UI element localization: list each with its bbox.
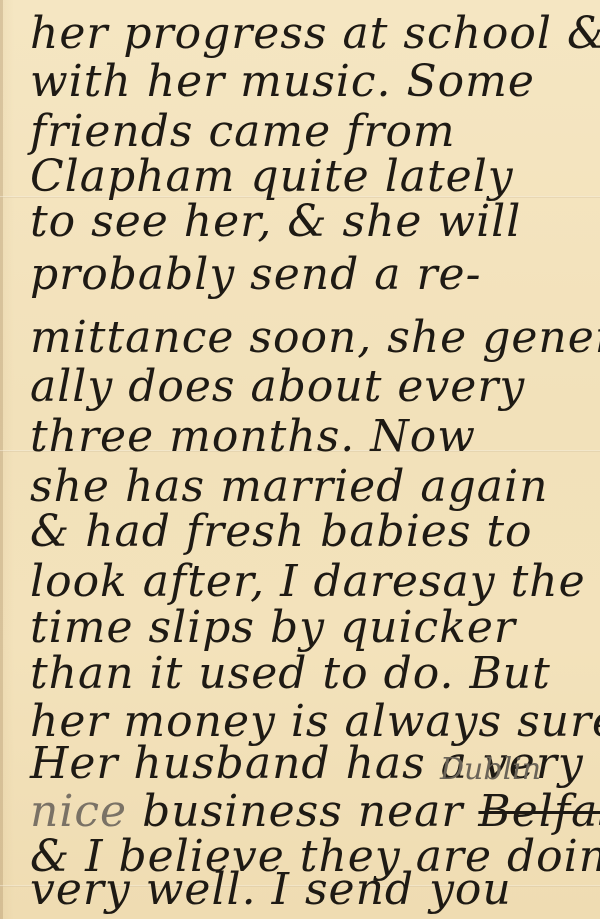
handwritten-line: she has married again <box>30 465 548 509</box>
line-prefix: nice <box>30 790 127 834</box>
handwritten-line: friends came from <box>30 110 456 154</box>
handwritten-line: ally does about every <box>30 365 525 409</box>
handwritten-line: three months. Now <box>30 415 476 459</box>
handwritten-line: to see her, & she will <box>30 200 521 244</box>
inserted-word: Dublin <box>440 752 541 787</box>
handwritten-line: Clapham quite lately <box>30 155 514 199</box>
handwritten-line: with her music. Some <box>30 60 535 104</box>
handwritten-line: mittance soon, she gener- <box>30 316 600 360</box>
handwritten-line: than it used to do. But <box>30 652 551 696</box>
paper-edge <box>0 0 3 919</box>
handwritten-line: & had fresh babies to <box>30 510 533 554</box>
handwritten-line: very well. I send you <box>30 868 512 912</box>
handwritten-line: probably send a re- <box>30 253 481 297</box>
handwritten-line: nice business near Belfast <box>30 790 600 834</box>
handwritten-line: time slips by quicker <box>30 606 516 650</box>
handwritten-line: her progress at school & <box>30 12 600 56</box>
struck-word: Belfast <box>478 790 600 834</box>
handwritten-line: look after, I daresay the <box>30 560 586 604</box>
line-body: business near <box>142 790 463 834</box>
letter-page: her progress at school & with her music.… <box>0 0 600 919</box>
